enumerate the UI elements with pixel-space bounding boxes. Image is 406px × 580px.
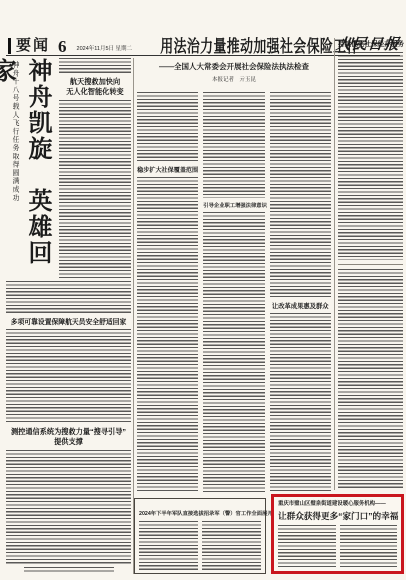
- main-article-subhead-1: 稳步扩大社保覆盖范围: [137, 165, 198, 174]
- main-article-subhead-3: 让改革成果惠及群众: [270, 301, 331, 310]
- main-article-byline: 本报记者 亓玉昆: [137, 76, 331, 84]
- subhead-line: 提供支撑: [6, 437, 131, 447]
- left-article-subhead-2: 多项可靠设置保障航天员安全舒适回家: [6, 316, 131, 326]
- left-article-head-area: 神舟十八号载人飞行任务取得圆满成功 神舟凯旋 英雄回家 航天搜救加快向 无人化智…: [6, 58, 131, 278]
- body-text: [139, 521, 198, 570]
- feature-article-headline: 让群众获得更多“家门口”的幸福: [278, 510, 397, 522]
- body-text: [59, 58, 131, 74]
- military-article-headline: 2024年下半年军队直接选拔招录军（警）官工作全面展开: [139, 510, 261, 518]
- subhead-line: 航天搜救加快向: [59, 77, 131, 87]
- body-text: [137, 92, 198, 162]
- main-article: 用法治力量推动加强社会保险工作 ——全国人大常委会开展社会保险法执法检查 本报记…: [137, 36, 331, 492]
- body-text: [203, 212, 264, 492]
- military-article-box: 2024年下半年军队直接选拔招录军（警）官工作全面展开: [134, 498, 266, 574]
- body-text: [270, 92, 331, 298]
- body-text: [6, 281, 131, 313]
- column-1: 稳步扩大社保覆盖范围: [137, 92, 198, 492]
- column-rule-left: [133, 58, 134, 574]
- left-article-subhead-3: 测控通信系统为搜救力量“搜寻引导” 提供支撑: [6, 427, 131, 447]
- main-article-headline: 用法治力量推动加强社会保险工作: [160, 36, 307, 58]
- subhead-line: 测控通信系统为搜救力量“搜寻引导”: [6, 427, 131, 437]
- feature-article-kicker: 重庆市璧山区璧泉街道建设暖心服务机构——: [278, 500, 397, 508]
- left-article-first-column: 航天搜救加快向 无人化智能化转变: [59, 58, 131, 278]
- page-number: 6: [58, 39, 67, 54]
- main-article-columns: 稳步扩大社保覆盖范围 引导企业职工增强法律意识 让改革成果惠及群众: [137, 92, 331, 492]
- feature-article-body: [278, 525, 397, 568]
- body-text: [202, 521, 261, 570]
- main-article-subtitle: ——全国人大常委会开展社会保险法执法检查: [137, 62, 331, 72]
- column-2: 引导企业职工增强法律意识: [203, 92, 264, 492]
- body-text: [338, 269, 403, 490]
- body-text: [340, 525, 398, 568]
- column-3: 让改革成果惠及群众: [270, 92, 331, 492]
- right-column: 持续优化社保经办服务: [338, 38, 403, 490]
- feature-article-box: 重庆市璧山区璧泉街道建设暖心服务机构—— 让群众获得更多“家门口”的幸福: [271, 494, 404, 574]
- main-article-subhead-right: 持续优化社保经办服务: [338, 38, 403, 48]
- page-credits-text: [24, 567, 114, 572]
- right-column-divider: [338, 264, 403, 265]
- body-text: [203, 92, 264, 198]
- column-rule-right: [334, 38, 335, 490]
- subhead-line: 无人化智能化转变: [59, 87, 131, 97]
- body-text: [278, 525, 336, 568]
- left-article: 神舟十八号载人飞行任务取得圆满成功 神舟凯旋 英雄回家 航天搜救加快向 无人化智…: [6, 58, 131, 574]
- body-text: [137, 177, 198, 492]
- body-text: [270, 313, 331, 492]
- page-date: 2024年11月5日 星期二: [77, 45, 133, 54]
- body-text: [338, 52, 403, 260]
- main-article-subhead-2: 引导企业职工增强法律意识: [203, 201, 264, 209]
- military-article-body: [139, 521, 261, 570]
- body-text: [6, 450, 131, 564]
- body-text: [59, 100, 131, 278]
- section-label: 要闻: [8, 38, 50, 54]
- left-article-subhead-1: 航天搜救加快向 无人化智能化转变: [59, 77, 131, 97]
- body-text: [6, 329, 131, 423]
- left-article-headline: 神舟凯旋 英雄回家: [19, 58, 55, 278]
- left-article-kicker: 神舟十八号载人飞行任务取得圆满成功: [6, 58, 19, 278]
